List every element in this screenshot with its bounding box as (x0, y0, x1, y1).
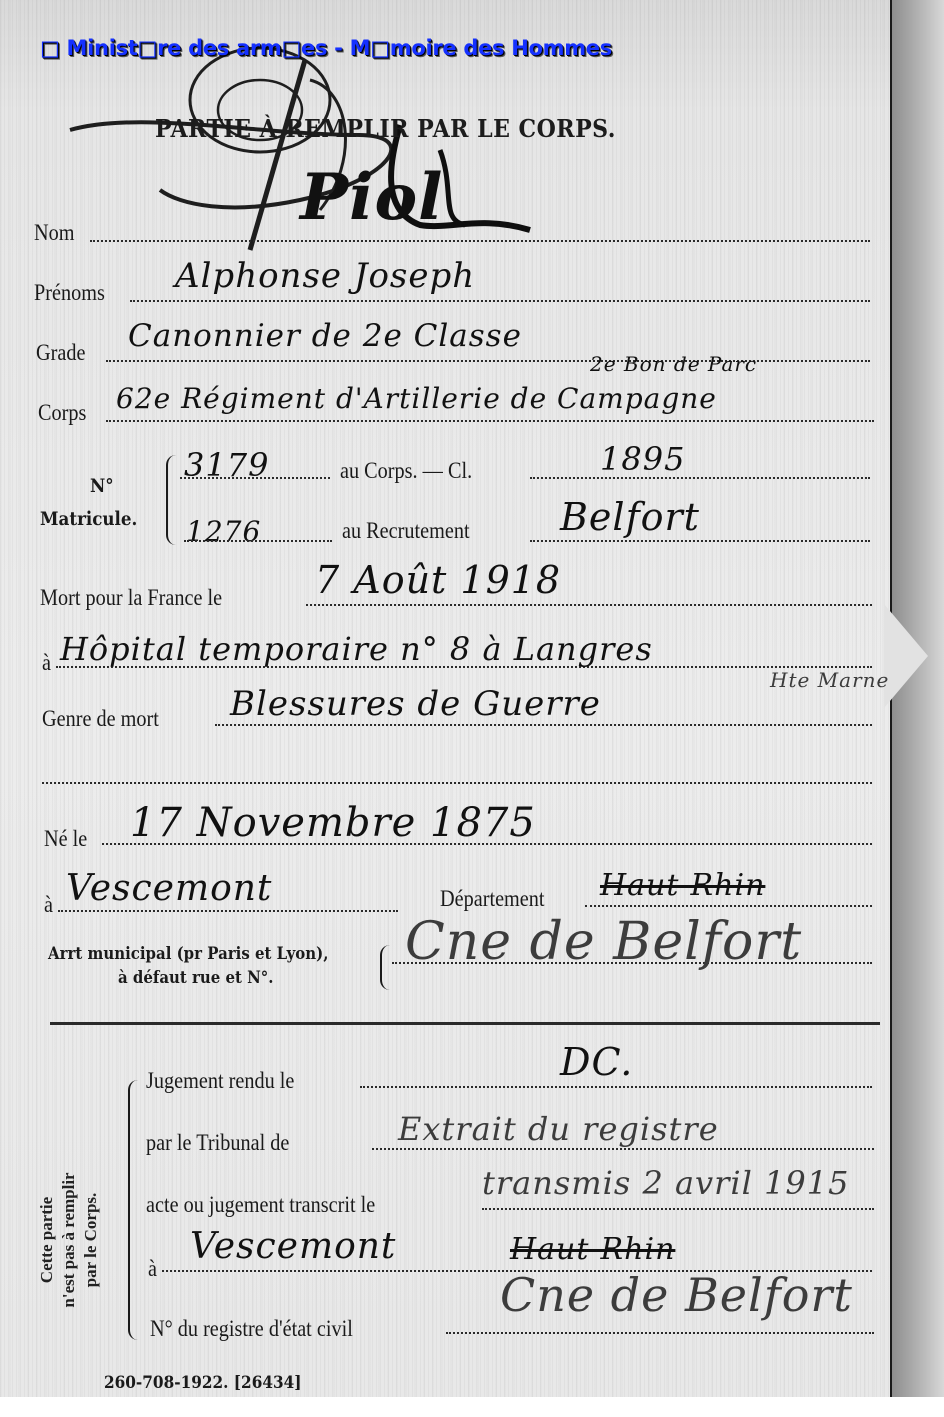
section-divider (50, 1022, 880, 1025)
dotted-line-matricule-recrutement (184, 540, 332, 542)
value-jugement-rendu: DC. (560, 1040, 633, 1084)
label-arr-municipal-line2: à défaut rue et N°. (118, 968, 273, 988)
annotation-lieu-mort: Hte Marne (770, 668, 889, 692)
label-jugement-rendu: Jugement rendu le (146, 1068, 294, 1094)
value-tribunal: Extrait du registre (398, 1110, 719, 1148)
value-judgment-lieu-struck: Haut-Rhin (510, 1232, 675, 1267)
value-judgment-lieu-alt: Cne de Belfort (500, 1268, 853, 1322)
paper-tab-flap (884, 604, 928, 708)
dotted-line-lieu-naissance (58, 910, 398, 912)
judgment-brace (128, 1080, 140, 1340)
dotted-line-matricule-corps (180, 477, 330, 479)
label-genre-de-mort: Genre de mort (42, 706, 159, 732)
dotted-line-tribunal (372, 1148, 874, 1150)
label-judgment-lieu: à (148, 1256, 157, 1282)
value-lieu-naissance: Vescemont (66, 868, 272, 909)
value-departement-struck: Haut-Rhin (600, 868, 765, 903)
value-genre-de-mort: Blessures de Guerre (230, 684, 601, 724)
dotted-line-genre-mort (215, 724, 872, 726)
label-prenoms: Prénoms (34, 280, 105, 306)
value-departement: Cne de Belfort (405, 912, 802, 972)
dotted-line-corps (106, 420, 874, 422)
dotted-line-departement (585, 905, 872, 907)
dotted-line-prenoms (130, 300, 870, 302)
dotted-line-nom (90, 240, 870, 242)
value-classe: 1895 (600, 440, 685, 478)
dotted-line-registre (446, 1332, 874, 1334)
value-corps: 62e Régiment d'Artillerie de Campagne (116, 382, 717, 415)
label-nom: Nom (34, 220, 74, 246)
label-au-corps-classe: au Corps. — Cl. (340, 458, 472, 484)
side-note-line-3: par le Corps. (80, 1130, 102, 1350)
label-corps: Corps (38, 400, 86, 426)
annotation-corps: 2e Bon de Parc (590, 352, 757, 376)
label-matricule-no: N° (90, 475, 114, 497)
label-transcrit: acte ou jugement transcrit le (146, 1192, 375, 1218)
label-lieu-naissance: à (44, 892, 53, 918)
value-grade: Canonnier de 2e Classe (128, 318, 522, 354)
value-matricule-recrutement: 1276 (186, 515, 261, 548)
value-prenoms: Alphonse Joseph (175, 256, 475, 296)
label-lieu-mort: à (42, 650, 51, 676)
value-lieu-mort: Hôpital temporaire n° 8 à Langres (60, 630, 653, 668)
dotted-line-blank (42, 782, 872, 784)
label-mort-pour-la-france: Mort pour la France le (40, 585, 222, 611)
dotted-line-jugement-rendu (360, 1086, 872, 1088)
matricule-brace (166, 455, 178, 545)
value-transcrit: transmis 2 avril 1915 (482, 1164, 850, 1202)
side-note-line-2: n'est pas à remplir (58, 1130, 80, 1350)
dotted-line-mort (306, 604, 872, 606)
dotted-line-recrutement (530, 540, 870, 542)
label-arr-municipal-line1: Arrt municipal (pr Paris et Lyon), (48, 944, 328, 964)
form-print-code: 260-708-1922. [26434] (104, 1373, 302, 1393)
label-grade: Grade (36, 340, 85, 366)
dotted-line-transcrit (482, 1208, 874, 1210)
value-judgment-lieu: Vescemont (190, 1226, 396, 1267)
value-recrutement-place: Belfort (560, 495, 700, 539)
value-mort-date: 7 Août 1918 (315, 558, 561, 602)
label-matricule: Matricule. (40, 508, 137, 530)
label-au-recrutement: au Recrutement (342, 518, 470, 544)
dotted-line-classe (530, 477, 870, 479)
label-departement: Département (440, 886, 545, 912)
arr-municipal-brace (380, 945, 392, 990)
label-tribunal: par le Tribunal de (146, 1130, 289, 1156)
side-note-line-1: Cette partie (36, 1130, 58, 1350)
form-heading: PARTIE À REMPLIR PAR LE CORPS. (155, 114, 616, 143)
watermark-banner: □ Minist□re des arm□es - M□moire des Hom… (40, 36, 612, 60)
label-registre-etat-civil: N° du registre d'état civil (150, 1316, 353, 1342)
value-ne-le: 17 Novembre 1875 (130, 800, 536, 846)
value-nom: Piol (300, 160, 443, 235)
label-ne-le: Né le (44, 826, 87, 852)
